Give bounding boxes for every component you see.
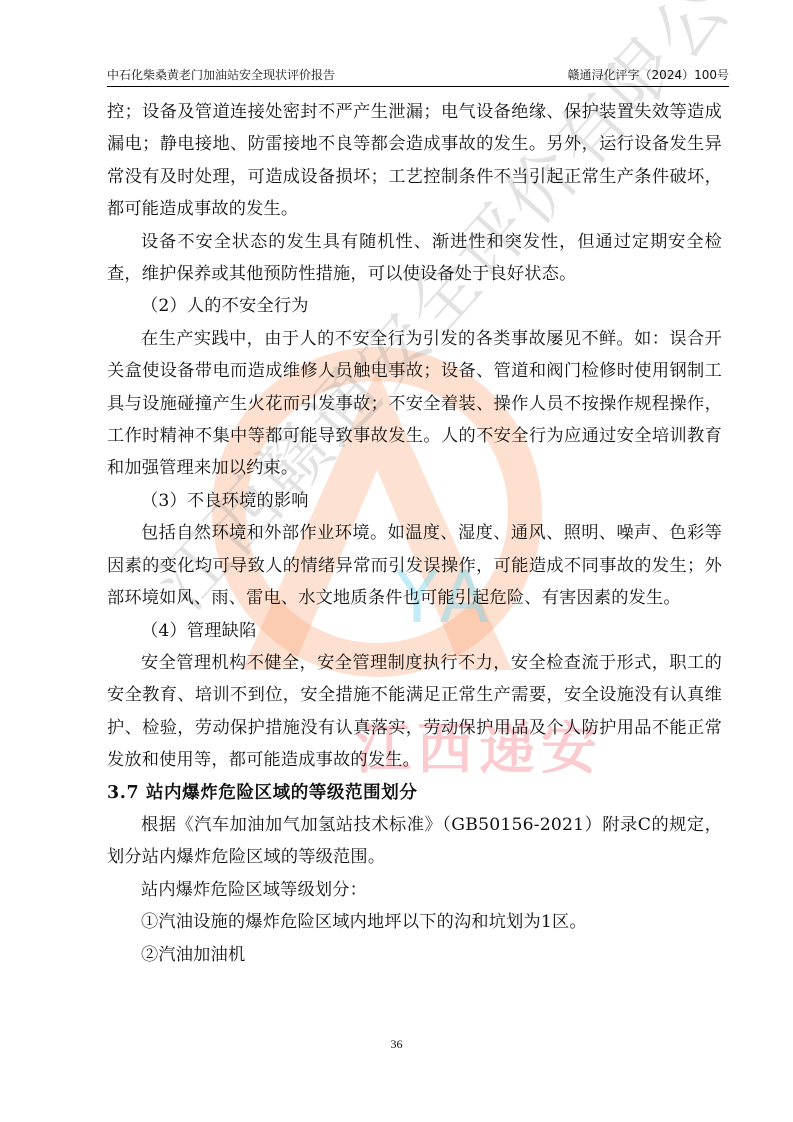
page-number: 36 — [0, 1037, 793, 1052]
report-title: 中石化柴桑黄老门加油站安全现状评价报告 — [107, 66, 335, 84]
paragraph: 在生产实践中，由于人的不安全行为引发的各类事故屡见不鲜。如：误合开关盒使设备带电… — [107, 323, 722, 485]
paragraph: 站内爆炸危险区域等级划分： — [107, 874, 722, 906]
paragraph: 根据《汽车加油加气加氢站技术标准》（GB50156-2021）附录C的规定，划分… — [107, 809, 722, 874]
page-header: 中石化柴桑黄老门加油站安全现状评价报告 赣通浔化评字（2024）100号 — [107, 66, 729, 87]
list-item: ①汽油设施的爆炸危险区域内地坪以下的沟和坑划为1区。 — [107, 906, 722, 938]
page-body: 控；设备及管道连接处密封不严产生泄漏；电气设备绝缘、保护装置失效等造成漏电；静电… — [107, 96, 722, 971]
section-heading-3-7: 3.7 站内爆炸危险区域的等级范围划分 — [107, 777, 722, 809]
paragraph: 控；设备及管道连接处密封不严产生泄漏；电气设备绝缘、保护装置失效等造成漏电；静电… — [107, 96, 722, 226]
paragraph: 设备不安全状态的发生具有随机性、渐进性和突发性，但通过定期安全检查，维护保养或其… — [107, 226, 722, 291]
subheading-management-defects: （4）管理缺陷 — [107, 615, 722, 647]
subheading-unsafe-behavior: （2）人的不安全行为 — [107, 290, 722, 322]
paragraph: 安全管理机构不健全，安全管理制度执行不力，安全检查流于形式，职工的安全教育、培训… — [107, 647, 722, 777]
list-item: ②汽油加油机 — [107, 939, 722, 971]
paragraph: 包括自然环境和外部作业环境。如温度、湿度、通风、照明、噪声、色彩等因素的变化均可… — [107, 517, 722, 614]
document-number: 赣通浔化评字（2024）100号 — [568, 66, 729, 84]
subheading-bad-environment: （3）不良环境的影响 — [107, 485, 722, 517]
